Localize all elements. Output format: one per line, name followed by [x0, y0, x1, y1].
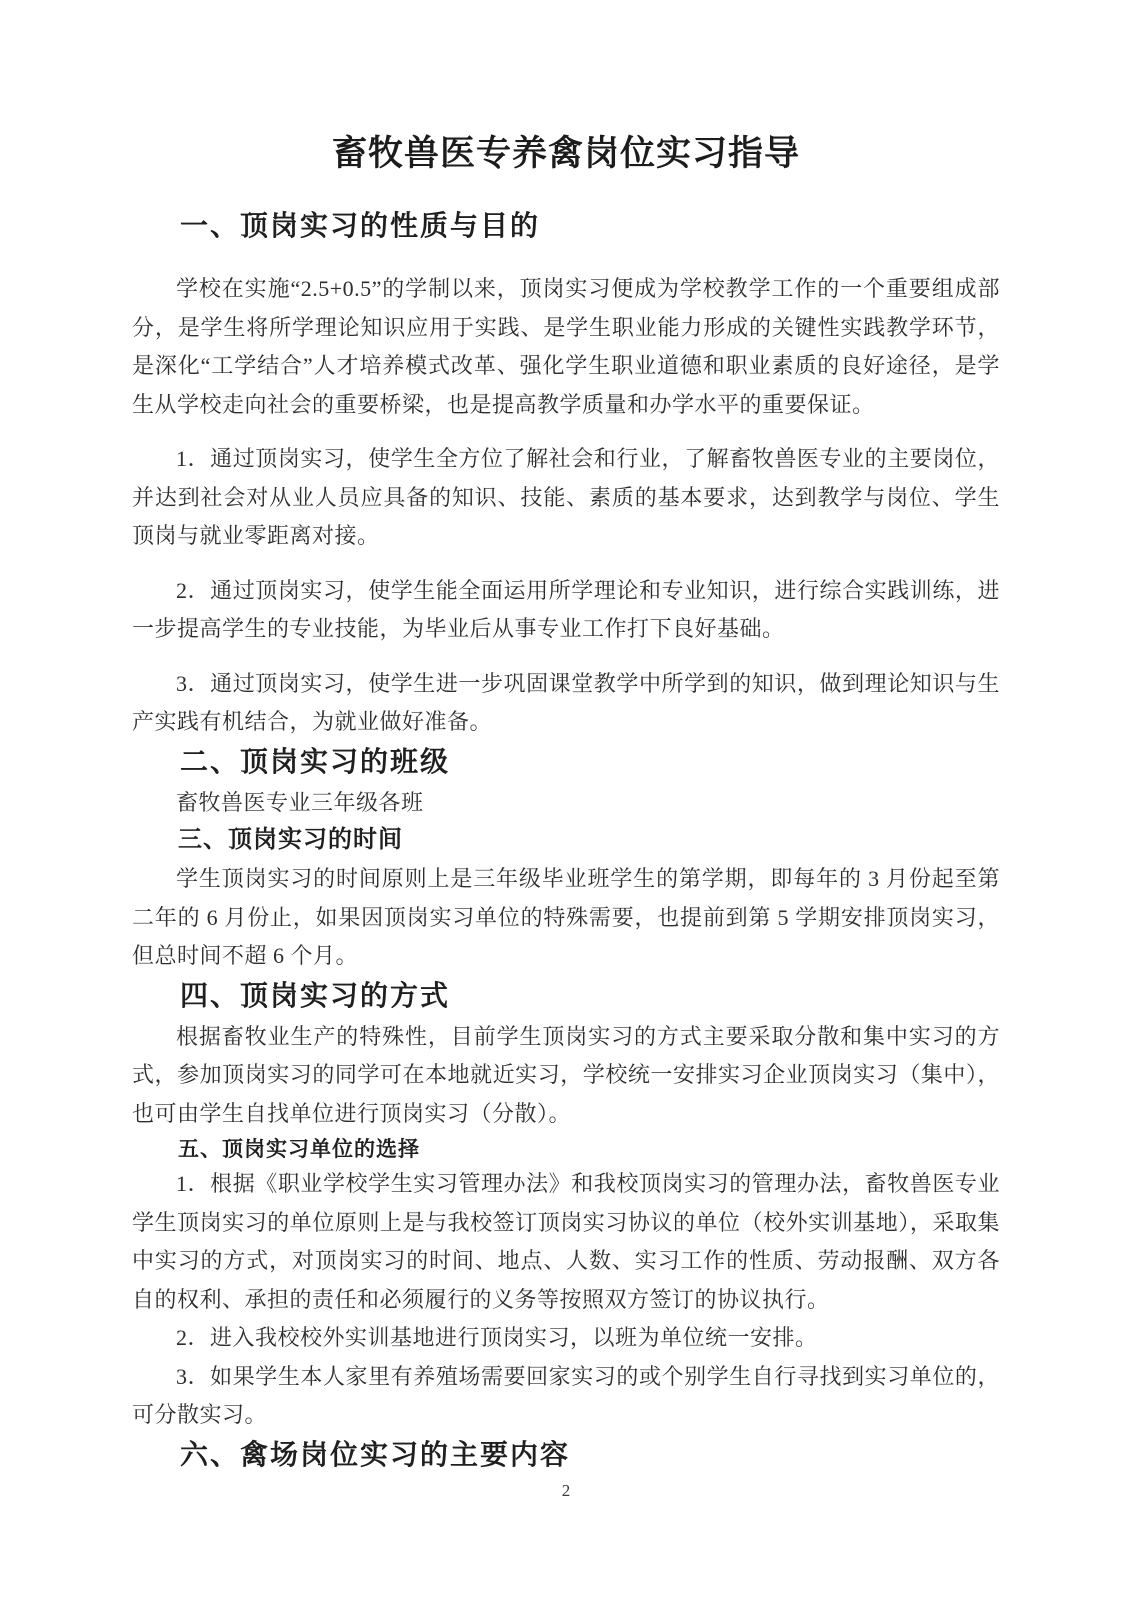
paragraph-purpose-1: 1．通过顶岗实习，使学生全方位了解社会和行业，了解畜牧兽医专业的主要岗位，并达到… — [132, 440, 1000, 556]
paragraph-intro: 学校在实施“2.5+0.5”的学制以来，顶岗实习便成为学校教学工作的一个重要组成… — [132, 270, 1000, 424]
section-heading-1: 一、顶岗实习的性质与目的 — [132, 206, 1000, 248]
paragraph-unit-2: 2．进入我校校外实训基地进行顶岗实习，以班为单位统一安排。 — [132, 1319, 1000, 1358]
section-heading-2: 二、顶岗实习的班级 — [132, 742, 1000, 784]
section-heading-3: 三、顶岗实习的时间 — [132, 822, 1000, 858]
section-heading-5: 五、顶岗实习单位的选择 — [132, 1133, 1000, 1165]
document-title: 畜牧兽医专养禽岗位实习指导 — [132, 130, 1000, 178]
section-heading-4: 四、顶岗实习的方式 — [132, 976, 1000, 1018]
section-heading-6: 六、禽场岗位实习的主要内容 — [132, 1435, 1000, 1477]
page-number: 2 — [132, 1479, 1000, 1503]
paragraph-classes: 畜牧兽医专业三年级各班 — [132, 784, 1000, 823]
paragraph-purpose-3: 3．通过顶岗实习，使学生进一步巩固课堂教学中所学到的知识，做到理论知识与生产实践… — [132, 665, 1000, 742]
paragraph-purpose-2: 2．通过顶岗实习，使学生能全面运用所学理论和专业知识，进行综合实践训练，进一步提… — [132, 572, 1000, 649]
paragraph-unit-3: 3．如果学生本人家里有养殖场需要回家实习的或个别学生自行寻找到实习单位的，可分散… — [132, 1358, 1000, 1435]
paragraph-unit-1: 1．根据《职业学校学生实习管理办法》和我校顶岗实习的管理办法，畜牧兽医专业学生顶… — [132, 1165, 1000, 1319]
paragraph-time: 学生顶岗实习的时间原则上是三年级毕业班学生的第学期，即每年的 3 月份起至第二年… — [132, 860, 1000, 976]
document-page: 畜牧兽医专养禽岗位实习指导 一、顶岗实习的性质与目的 学校在实施“2.5+0.5… — [0, 0, 1131, 1600]
paragraph-mode: 根据畜牧业生产的特殊性，目前学生顶岗实习的方式主要采取分散和集中实习的方式，参加… — [132, 1018, 1000, 1134]
